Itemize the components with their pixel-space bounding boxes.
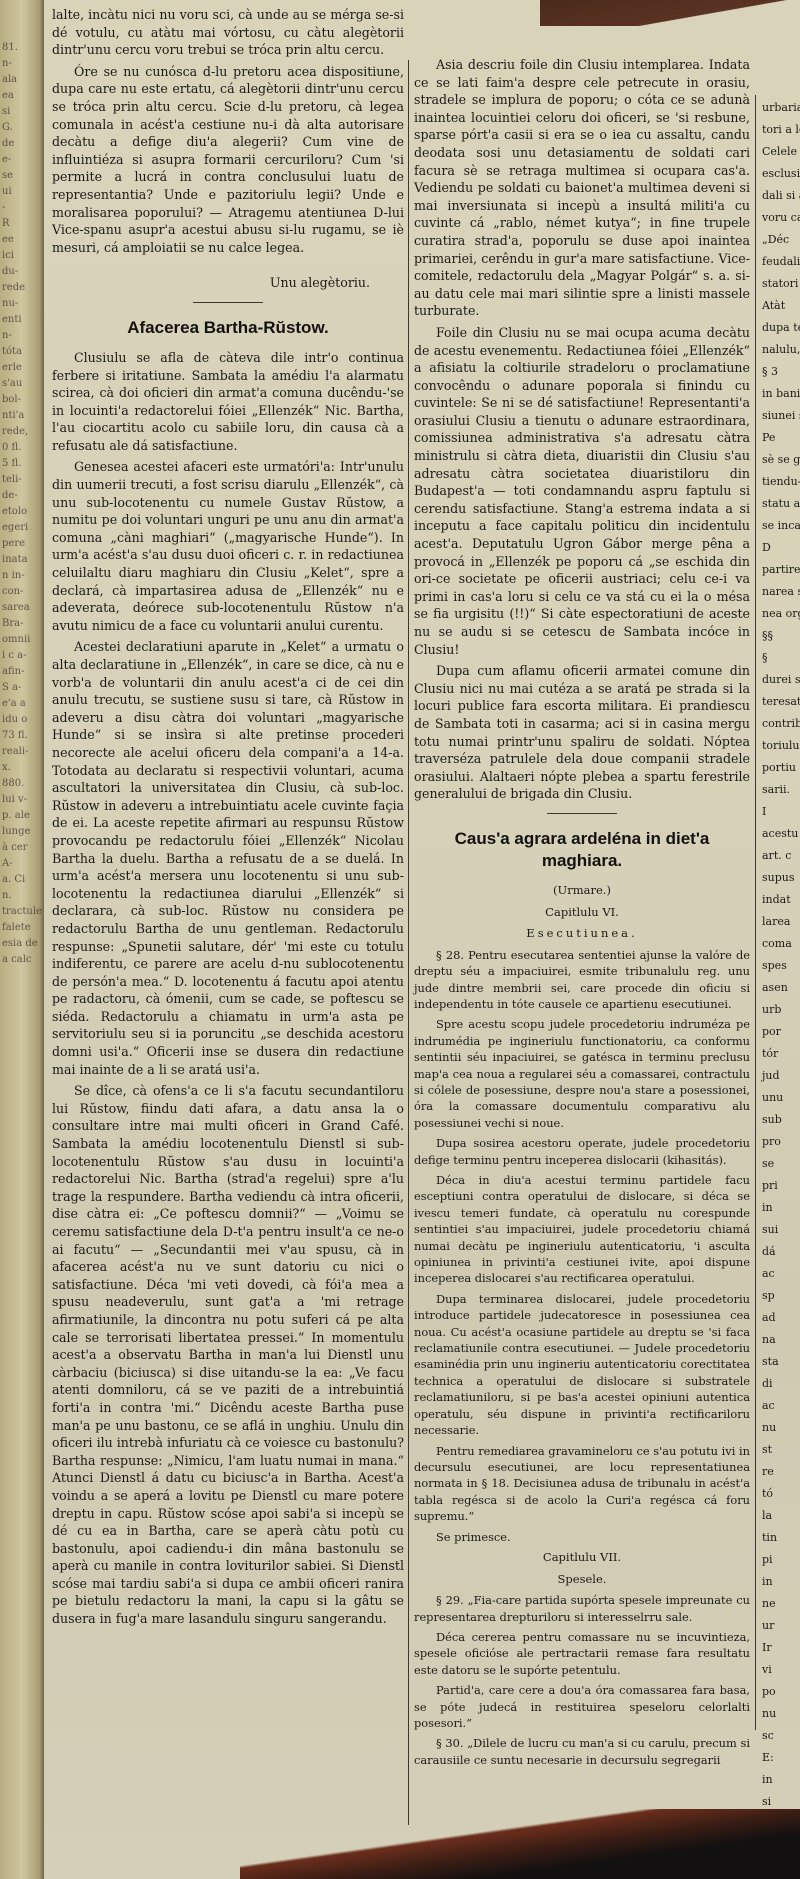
cut-text-fragment: siunei sô	[762, 408, 800, 424]
margin-text-fragments: 81. n- ala ea si G. de e- se ui - R ee i…	[0, 0, 44, 968]
cut-text-fragment: tori a le p	[762, 122, 800, 138]
section-divider	[547, 813, 617, 814]
cut-text-fragment: se	[762, 1156, 800, 1172]
cut-text-fragment: Celele	[762, 144, 800, 160]
chapter-6-body: § 28. Pentru esecutarea sententiei ajuns…	[414, 947, 750, 1545]
cut-text-fragment: pi	[762, 1552, 800, 1568]
cut-text-fragment: na	[762, 1332, 800, 1348]
cut-text-fragment: di	[762, 1376, 800, 1392]
cut-text-fragment: sui	[762, 1222, 800, 1238]
cut-text-fragment: supus	[762, 870, 800, 886]
article-paragraph: Asia descriu foile din Clusiu intemplare…	[414, 56, 750, 320]
cut-text-fragment: §	[762, 650, 800, 666]
law-paragraph: Spre acestu scopu judele procedetoriu in…	[414, 1016, 750, 1131]
cut-text-fragment: narea s	[762, 584, 800, 600]
article-paragraph: Foile din Clusiu nu se mai ocupa acuma d…	[414, 324, 750, 658]
cut-text-fragment: unu	[762, 1090, 800, 1106]
section-divider	[193, 302, 263, 303]
chapter-title: Esecutiunea.	[414, 925, 750, 943]
cut-text-fragment: statori pr	[762, 276, 800, 292]
cut-text-fragment: contrib	[762, 716, 800, 732]
cut-text-fragment: por	[762, 1024, 800, 1040]
cut-text-fragment: dali si ad	[762, 188, 800, 204]
cut-text-fragment: spes	[762, 958, 800, 974]
cut-text-fragment: tór	[762, 1046, 800, 1062]
cut-text-fragment: coma	[762, 936, 800, 952]
cut-text-fragment: se incas	[762, 518, 800, 534]
cut-text-fragment: tó	[762, 1486, 800, 1502]
cut-text-fragment: sub	[762, 1112, 800, 1128]
cut-text-fragment: asen	[762, 980, 800, 996]
cut-text-fragment: esclusivu p	[762, 166, 800, 182]
cut-text-fragment: ac	[762, 1266, 800, 1282]
law-paragraph: § 29. „Fia-care partida supórta spesele …	[414, 1592, 750, 1625]
cut-text-fragment: sc	[762, 1728, 800, 1744]
article-paragraph: Dupa cum aflamu oficerii armatei comune …	[414, 662, 750, 803]
cut-text-fragment: acestu	[762, 826, 800, 842]
law-paragraph: Dupa terminarea dislocarei, judele proce…	[414, 1291, 750, 1439]
cut-text-fragment: po	[762, 1684, 800, 1700]
intro-paragraph: lalte, incàtu nici nu voru sci, cà unde …	[52, 6, 404, 59]
law-paragraph: Déca in diu'a acestui terminu partidele …	[414, 1172, 750, 1287]
newspaper-page: 81. n- ala ea si G. de e- se ui - R ee i…	[0, 0, 800, 1879]
cut-text-fragment: indat	[762, 892, 800, 908]
article-paragraph: Acestei declaratiuni aparute in „Kelet“ …	[52, 638, 404, 1078]
column-1: lalte, incàtu nici nu voru sci, cà unde …	[52, 6, 404, 1632]
article-title-bartha-rustow: Afacerea Bartha-Rŭstow.	[52, 317, 404, 339]
signature: Unu alegètoriu.	[52, 274, 370, 292]
cut-text-fragment: toriulu	[762, 738, 800, 754]
cut-text-fragment: teresat	[762, 694, 800, 710]
cut-text-fragment: I	[762, 804, 800, 820]
law-paragraph: Pentru remediarea gravamineloru ce s'au …	[414, 1443, 750, 1525]
chapter-title: Spesele.	[414, 1571, 750, 1589]
cut-text-fragment: tiendu-s	[762, 474, 800, 490]
cut-text-fragment: nea org	[762, 606, 800, 622]
cut-text-fragment: pro	[762, 1134, 800, 1150]
cut-text-fragment: st	[762, 1442, 800, 1458]
chapter-7-body: § 29. „Fia-care partida supórta spesele …	[414, 1592, 750, 1768]
cut-text-fragment: larea	[762, 914, 800, 930]
article-title-causa-agrara: Caus'a agrara ardeléna in diet'a maghiar…	[414, 828, 750, 872]
intro-paragraph: Óre se nu cunósca d-lu pretoru acea disp…	[52, 63, 404, 257]
cut-text-fragment: feudali nu	[762, 254, 800, 270]
column-divider	[408, 60, 409, 1825]
article-paragraph: Clusiulu se afla de càteva dile intr'o c…	[52, 349, 404, 455]
law-paragraph: § 30. „Dilele de lucru cu man'a si cu ca…	[414, 1735, 750, 1768]
cut-text-fragment: ur	[762, 1618, 800, 1634]
cut-text-fragment: voru capet	[762, 210, 800, 226]
cut-text-fragment: urb	[762, 1002, 800, 1018]
chapter-label: Capitlulu VII.	[414, 1549, 750, 1567]
law-paragraph: Se primesce.	[414, 1529, 750, 1545]
article-body-bartha-rustow: Clusiulu se afla de càteva dile intr'o c…	[52, 349, 404, 1628]
cut-text-fragment: urbariale a	[762, 100, 800, 116]
column-2: Asia descriu foile din Clusiu intemplare…	[414, 56, 750, 1772]
cut-text-fragment: la	[762, 1508, 800, 1524]
continued-label: (Urmare.)	[414, 882, 750, 900]
cut-text-fragment: art. c	[762, 848, 800, 864]
column-divider	[755, 95, 756, 1730]
cut-text-fragment: vi	[762, 1662, 800, 1678]
cut-text-fragment: sta	[762, 1354, 800, 1370]
cut-text-fragment: Ir	[762, 1640, 800, 1656]
previous-page-edge: 81. n- ala ea si G. de e- se ui - R ee i…	[0, 0, 44, 1879]
cut-text-fragment: dá	[762, 1244, 800, 1260]
cut-text-fragment: si	[762, 1794, 800, 1810]
law-paragraph: Déca cererea pentru comassare nu se incu…	[414, 1629, 750, 1678]
cut-text-fragment: ac	[762, 1398, 800, 1414]
article-paragraph: Genesea acestei afaceri este urmatóri'a:…	[52, 458, 404, 634]
law-paragraph: Partid'a, care cere a dou'a óra comassar…	[414, 1682, 750, 1731]
cut-text-fragment: nalulu, s	[762, 342, 800, 358]
cut-text-fragment: Pe	[762, 430, 800, 446]
cut-text-fragment: in	[762, 1772, 800, 1788]
cut-text-fragment: pri	[762, 1178, 800, 1194]
article-paragraph: Se dîce, cà ofens'a ce li s'a facutu sec…	[52, 1082, 404, 1627]
cut-text-fragment: nu	[762, 1420, 800, 1436]
column-3-partial: urbariale atori a le pCeleleesclusivu pd…	[762, 100, 800, 1879]
cut-text-fragment: in	[762, 1200, 800, 1216]
cut-text-fragment: re	[762, 1464, 800, 1480]
cut-text-fragment: in bani p	[762, 386, 800, 402]
cut-text-fragment: dupa terr	[762, 320, 800, 336]
background-table-edge	[240, 1809, 800, 1879]
cut-text-fragment: portiu	[762, 760, 800, 776]
article-continuation: Asia descriu foile din Clusiu intemplare…	[414, 56, 750, 803]
cut-text-fragment: sarii.	[762, 782, 800, 798]
cut-text-fragment: sp	[762, 1288, 800, 1304]
cut-text-fragment: §§	[762, 628, 800, 644]
cut-text-fragment: nu	[762, 1706, 800, 1722]
cut-text-fragment: jud	[762, 1068, 800, 1084]
cut-text-fragment: sè se ga	[762, 452, 800, 468]
cut-text-fragment: § 3	[762, 364, 800, 380]
cut-text-fragment: E:	[762, 1750, 800, 1766]
cut-text-fragment: in	[762, 1574, 800, 1590]
cut-text-fragment: statu a	[762, 496, 800, 512]
cut-text-fragment: partirea	[762, 562, 800, 578]
law-paragraph: Dupa sosirea acestoru operate, judele pr…	[414, 1135, 750, 1168]
cut-text-fragment: tin	[762, 1530, 800, 1546]
cut-text-fragment: durei s	[762, 672, 800, 688]
cut-text-fragment: ne	[762, 1596, 800, 1612]
cut-text-fragment: ad	[762, 1310, 800, 1326]
law-paragraph: § 28. Pentru esecutarea sententiei ajuns…	[414, 947, 750, 1013]
cut-text-fragment: D	[762, 540, 800, 556]
cut-text-fragment: Atàt	[762, 298, 800, 314]
background-table-edge	[540, 0, 800, 26]
cut-text-fragment: „Déc	[762, 232, 800, 248]
chapter-label: Capitlulu VI.	[414, 904, 750, 922]
